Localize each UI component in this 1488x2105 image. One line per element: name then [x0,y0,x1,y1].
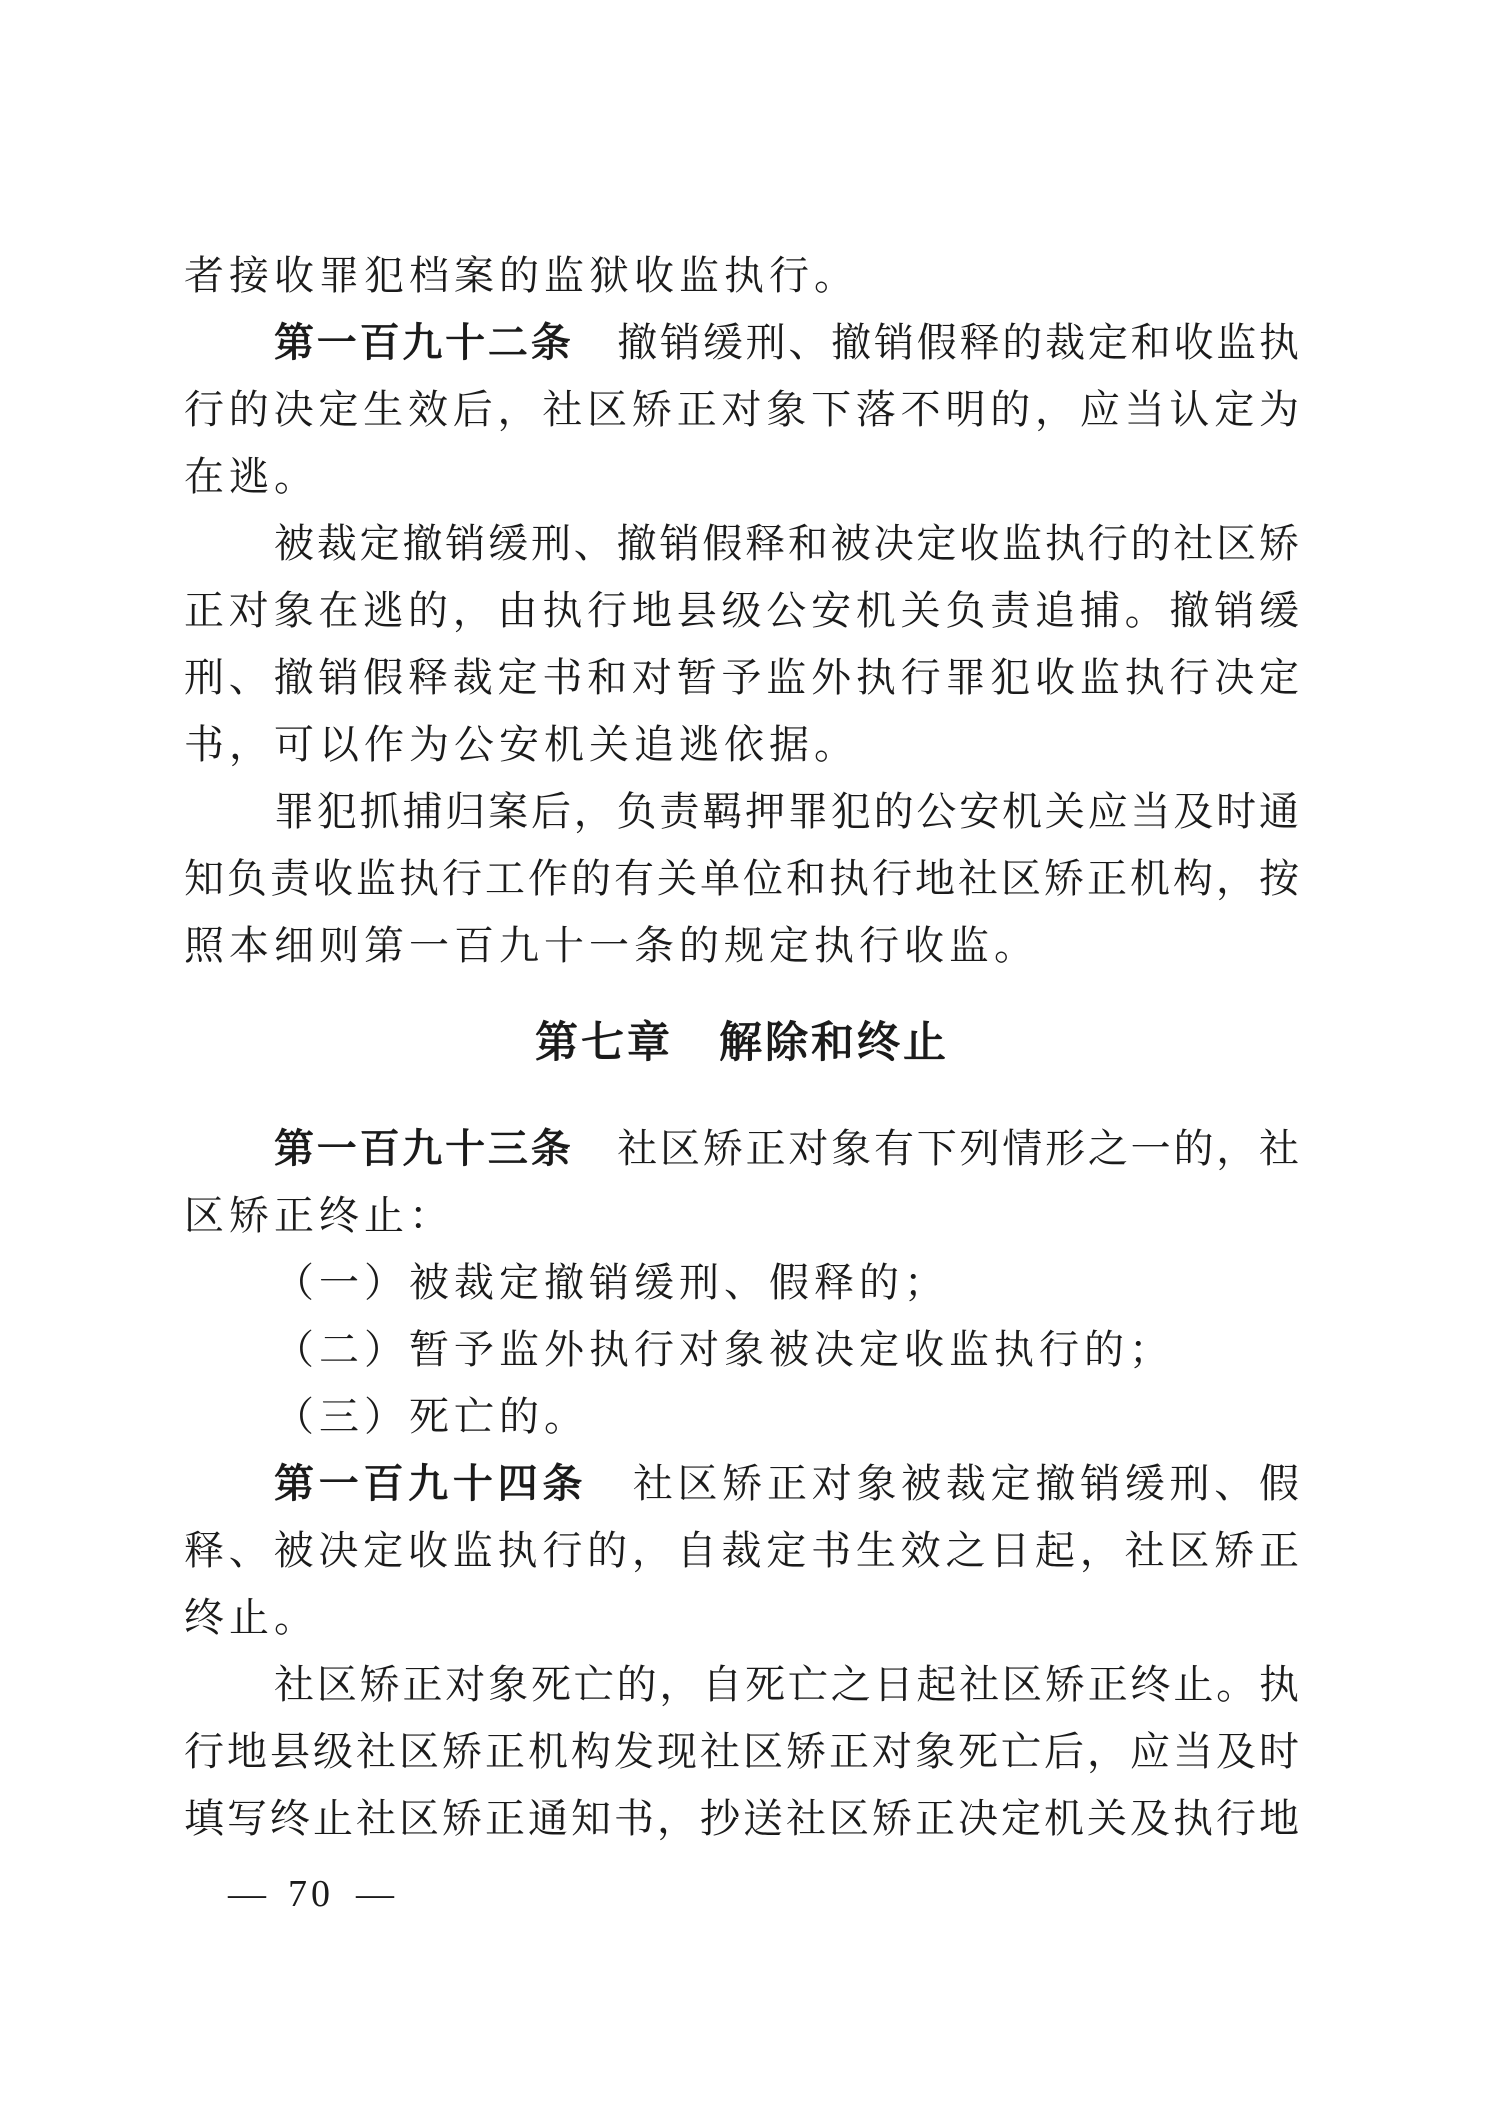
document-page: 者接收罪犯档案的监狱收监执行。第一百九十二条撤销缓刑、撤销假释的裁定和收监执行的… [0,0,1488,2105]
article-text: 社区矫正对象有下列情形之一的，社 [615,1126,1300,1171]
chapter-heading: 第七章 解除和终止 [184,1010,1300,1077]
text-line: 社区矫正对象死亡的，自死亡之日起社区矫正终止。执 [184,1651,1300,1718]
article-text: 社区矫正对象被裁定撤销缓刑、假 [629,1461,1300,1506]
article-line: 第一百九十三条社区矫正对象有下列情形之一的，社 [184,1115,1300,1182]
text-line: 终止。 [184,1584,1300,1651]
text-line: （二）暂予监外执行对象被决定收监执行的； [184,1316,1300,1383]
article-text: 撤销缓刑、撤销假释的裁定和收监执 [615,320,1300,365]
text-line: 行的决定生效后，社区矫正对象下落不明的，应当认定为 [184,376,1300,443]
page-number: 70 [288,1873,334,1915]
article-number: 第一百九十二条 [274,320,573,365]
text-line: 书，可以作为公安机关追逃依据。 [184,711,1300,778]
text-line: 被裁定撤销缓刑、撤销假释和被决定收监执行的社区矫 [184,510,1300,577]
text-line: 区矫正终止： [184,1182,1300,1249]
footer-left-dash: — [228,1873,266,1915]
text-line: 释、被决定收监执行的，自裁定书生效之日起，社区矫正 [184,1517,1300,1584]
text-line: 在逃。 [184,443,1300,510]
text-line: （一）被裁定撤销缓刑、假释的； [184,1249,1300,1316]
text-line: 罪犯抓捕归案后，负责羁押罪犯的公安机关应当及时通 [184,778,1300,845]
article-number-gap [587,1496,629,1497]
footer-right-dash: — [356,1873,394,1915]
text-line: 刑、撤销假释裁定书和对暂予监外执行罪犯收监执行决定 [184,644,1300,711]
article-number-gap [573,355,615,356]
text-line: 者接收罪犯档案的监狱收监执行。 [184,242,1300,309]
text-line: 填写终止社区矫正通知书，抄送社区矫正决定机关及执行地 [184,1785,1300,1852]
page-footer: —70— [228,1872,394,1916]
text-line: 正对象在逃的，由执行地县级公安机关负责追捕。撤销缓 [184,577,1300,644]
text-line: 知负责收监执行工作的有关单位和执行地社区矫正机构，按 [184,845,1300,912]
text-line: 行地县级社区矫正机构发现社区矫正对象死亡后，应当及时 [184,1718,1300,1785]
article-number: 第一百九十四条 [274,1461,587,1506]
article-line: 第一百九十二条撤销缓刑、撤销假释的裁定和收监执 [184,309,1300,376]
text-line: （三）死亡的。 [184,1383,1300,1450]
article-number-gap [573,1161,615,1162]
article-line: 第一百九十四条社区矫正对象被裁定撤销缓刑、假 [184,1450,1300,1517]
page-content: 者接收罪犯档案的监狱收监执行。第一百九十二条撤销缓刑、撤销假释的裁定和收监执行的… [184,242,1300,1852]
text-line: 照本细则第一百九十一条的规定执行收监。 [184,912,1300,979]
article-number: 第一百九十三条 [274,1126,573,1171]
